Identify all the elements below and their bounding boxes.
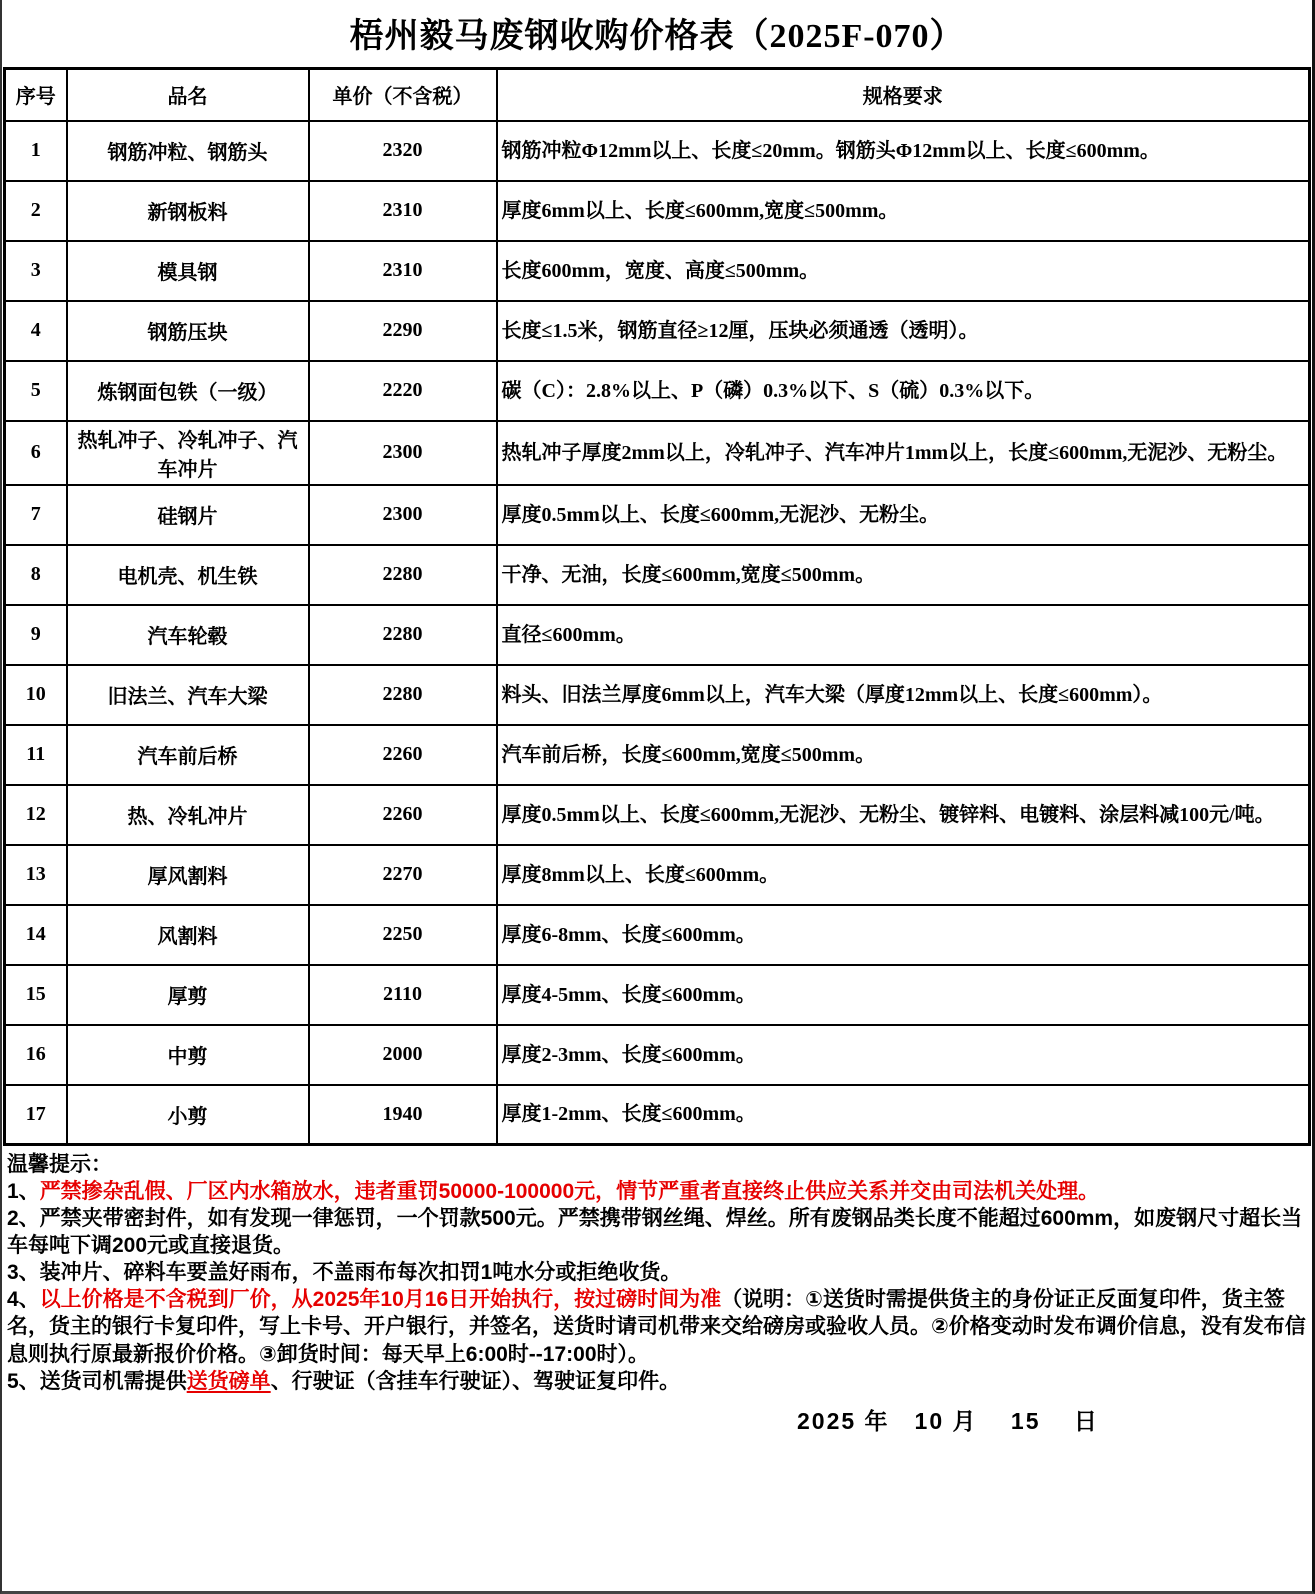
unit-price-cell: 2300: [309, 485, 497, 545]
row-index-cell: 6: [5, 421, 67, 485]
table-row: 13 厚风割料 2270 厚度8mm以上、长度≤600mm。: [5, 845, 1310, 905]
spec-cell: 厚度8mm以上、长度≤600mm。: [497, 845, 1310, 905]
row-index-cell: 5: [5, 361, 67, 421]
note-1-red-text: 严禁掺杂乱假、厂区内水箱放水，违者重罚50000-100000元，情节严重者直接…: [40, 1180, 1099, 1203]
note-4-prefix: 4、: [7, 1288, 40, 1311]
unit-price-cell: 2250: [309, 905, 497, 965]
unit-price-cell: 2260: [309, 785, 497, 845]
row-index-cell: 3: [5, 241, 67, 301]
table-row: 4 钢筋压块 2290 长度≤1.5米，钢筋直径≥12厘，压块必须通透（透明）。: [5, 301, 1310, 361]
item-name-cell: 新钢板料: [67, 181, 309, 241]
table-row: 10 旧法兰、汽车大梁 2280 料头、旧法兰厚度6mm以上，汽车大梁（厚度12…: [5, 665, 1310, 725]
item-name-cell: 汽车轮毂: [67, 605, 309, 665]
item-name-cell: 电机壳、机生铁: [67, 545, 309, 605]
unit-price-cell: 2280: [309, 545, 497, 605]
note-4-red-text: 以上价格是不含税到厂价，从2025年10月16日开始执行，按过磅时间为准: [40, 1288, 721, 1311]
notes-heading: 温馨提示：: [7, 1151, 1306, 1178]
table-row: 15 厚剪 2110 厚度4-5mm、长度≤600mm。: [5, 965, 1310, 1025]
table-row: 17 小剪 1940 厚度1-2mm、长度≤600mm。: [5, 1085, 1310, 1145]
table-row: 11 汽车前后桥 2260 汽车前后桥，长度≤600mm,宽度≤500mm。: [5, 725, 1310, 785]
row-index-cell: 14: [5, 905, 67, 965]
item-name-cell: 风割料: [67, 905, 309, 965]
row-index-cell: 17: [5, 1085, 67, 1145]
spec-cell: 料头、旧法兰厚度6mm以上，汽车大梁（厚度12mm以上、长度≤600mm）。: [497, 665, 1310, 725]
note-5-prefix: 5、送货司机需提供: [7, 1370, 187, 1393]
unit-price-cell: 1940: [309, 1085, 497, 1145]
row-index-cell: 8: [5, 545, 67, 605]
unit-price-cell: 2270: [309, 845, 497, 905]
row-index-cell: 9: [5, 605, 67, 665]
header-row: 序号 品名 单价（不含税） 规格要求: [5, 69, 1310, 121]
unit-price-cell: 2000: [309, 1025, 497, 1085]
row-index-cell: 15: [5, 965, 67, 1025]
spec-cell: 钢筋冲粒Φ12mm以上、长度≤20mm。钢筋头Φ12mm以上、长度≤600mm。: [497, 121, 1310, 181]
item-name-cell: 模具钢: [67, 241, 309, 301]
unit-price-cell: 2290: [309, 301, 497, 361]
col-header-index: 序号: [5, 69, 67, 121]
spec-cell: 厚度2-3mm、长度≤600mm。: [497, 1025, 1310, 1085]
row-index-cell: 12: [5, 785, 67, 845]
table-row: 1 钢筋冲粒、钢筋头 2320 钢筋冲粒Φ12mm以上、长度≤20mm。钢筋头Φ…: [5, 121, 1310, 181]
note-3: 3、装冲片、碎料车要盖好雨布，不盖雨布每次扣罚1吨水分或拒绝收货。: [7, 1259, 1306, 1286]
note-4: 4、以上价格是不含税到厂价，从2025年10月16日开始执行，按过磅时间为准（说…: [7, 1286, 1306, 1367]
table-row: 8 电机壳、机生铁 2280 干净、无油，长度≤600mm,宽度≤500mm。: [5, 545, 1310, 605]
row-index-cell: 10: [5, 665, 67, 725]
col-header-spec: 规格要求: [497, 69, 1310, 121]
spec-cell: 厚度0.5mm以上、长度≤600mm,无泥沙、无粉尘。: [497, 485, 1310, 545]
table-row: 12 热、冷轧冲片 2260 厚度0.5mm以上、长度≤600mm,无泥沙、无粉…: [5, 785, 1310, 845]
unit-price-cell: 2300: [309, 421, 497, 485]
item-name-cell: 小剪: [67, 1085, 309, 1145]
unit-price-cell: 2280: [309, 605, 497, 665]
spec-cell: 碳（C）：2.8%以上、P（磷）0.3%以下、S（硫）0.3%以下。: [497, 361, 1310, 421]
unit-price-cell: 2280: [309, 665, 497, 725]
col-header-unit-price: 单价（不含税）: [309, 69, 497, 121]
unit-price-cell: 2320: [309, 121, 497, 181]
col-header-item-name: 品名: [67, 69, 309, 121]
note-2: 2、严禁夹带密封件，如有发现一律惩罚，一个罚款500元。严禁携带钢丝绳、焊丝。所…: [7, 1205, 1306, 1259]
row-index-cell: 16: [5, 1025, 67, 1085]
spec-cell: 长度600mm，宽度、高度≤500mm。: [497, 241, 1310, 301]
spec-cell: 厚度6-8mm、长度≤600mm。: [497, 905, 1310, 965]
spec-cell: 厚度0.5mm以上、长度≤600mm,无泥沙、无粉尘、镀锌料、电镀料、涂层料减1…: [497, 785, 1310, 845]
note-5-red-underlined-text: 送货磅单: [187, 1370, 271, 1393]
unit-price-cell: 2220: [309, 361, 497, 421]
item-name-cell: 中剪: [67, 1025, 309, 1085]
spec-cell: 厚度6mm以上、长度≤600mm,宽度≤500mm。: [497, 181, 1310, 241]
note-1-prefix: 1、: [7, 1180, 40, 1203]
item-name-cell: 炼钢面包铁（一级）: [67, 361, 309, 421]
notes-section: 温馨提示： 1、严禁掺杂乱假、厂区内水箱放水，违者重罚50000-100000元…: [7, 1151, 1306, 1395]
item-name-cell: 钢筋冲粒、钢筋头: [67, 121, 309, 181]
unit-price-cell: 2260: [309, 725, 497, 785]
row-index-cell: 13: [5, 845, 67, 905]
spec-cell: 厚度1-2mm、长度≤600mm。: [497, 1085, 1310, 1145]
note-1: 1、严禁掺杂乱假、厂区内水箱放水，违者重罚50000-100000元，情节严重者…: [7, 1178, 1306, 1205]
price-table: 序号 品名 单价（不含税） 规格要求 1 钢筋冲粒、钢筋头 2320 钢筋冲粒Φ…: [3, 67, 1311, 1146]
price-sheet-page: 梧州毅马废钢收购价格表（2025F-070） 序号 品名 单价（不含税） 规格要…: [0, 0, 1315, 1594]
item-name-cell: 厚剪: [67, 965, 309, 1025]
item-name-cell: 热轧冲子、冷轧冲子、汽车冲片: [67, 421, 309, 485]
unit-price-cell: 2310: [309, 241, 497, 301]
row-index-cell: 11: [5, 725, 67, 785]
table-row: 6 热轧冲子、冷轧冲子、汽车冲片 2300 热轧冲子厚度2mm以上，冷轧冲子、汽…: [5, 421, 1310, 485]
item-name-cell: 厚风割料: [67, 845, 309, 905]
row-index-cell: 2: [5, 181, 67, 241]
note-5: 5、送货司机需提供送货磅单、行驶证（含挂车行驶证）、驾驶证复印件。: [7, 1368, 1306, 1395]
item-name-cell: 钢筋压块: [67, 301, 309, 361]
table-row: 9 汽车轮毂 2280 直径≤600mm。: [5, 605, 1310, 665]
unit-price-cell: 2310: [309, 181, 497, 241]
issue-date: 2025 年 10 月 15 日: [2, 1403, 1312, 1436]
row-index-cell: 1: [5, 121, 67, 181]
note-5-rest: 、行驶证（含挂车行驶证）、驾驶证复印件。: [271, 1370, 681, 1393]
spec-cell: 热轧冲子厚度2mm以上，冷轧冲子、汽车冲片1mm以上，长度≤600mm,无泥沙、…: [497, 421, 1310, 485]
spec-cell: 直径≤600mm。: [497, 605, 1310, 665]
item-name-cell: 旧法兰、汽车大梁: [67, 665, 309, 725]
item-name-cell: 汽车前后桥: [67, 725, 309, 785]
table-row: 3 模具钢 2310 长度600mm，宽度、高度≤500mm。: [5, 241, 1310, 301]
item-name-cell: 热、冷轧冲片: [67, 785, 309, 845]
unit-price-cell: 2110: [309, 965, 497, 1025]
table-row: 16 中剪 2000 厚度2-3mm、长度≤600mm。: [5, 1025, 1310, 1085]
spec-cell: 干净、无油，长度≤600mm,宽度≤500mm。: [497, 545, 1310, 605]
spec-cell: 厚度4-5mm、长度≤600mm。: [497, 965, 1310, 1025]
row-index-cell: 4: [5, 301, 67, 361]
table-row: 14 风割料 2250 厚度6-8mm、长度≤600mm。: [5, 905, 1310, 965]
table-row: 2 新钢板料 2310 厚度6mm以上、长度≤600mm,宽度≤500mm。: [5, 181, 1310, 241]
page-title: 梧州毅马废钢收购价格表（2025F-070）: [2, 0, 1312, 67]
row-index-cell: 7: [5, 485, 67, 545]
table-row: 7 硅钢片 2300 厚度0.5mm以上、长度≤600mm,无泥沙、无粉尘。: [5, 485, 1310, 545]
spec-cell: 长度≤1.5米，钢筋直径≥12厘，压块必须通透（透明）。: [497, 301, 1310, 361]
table-row: 5 炼钢面包铁（一级） 2220 碳（C）：2.8%以上、P（磷）0.3%以下、…: [5, 361, 1310, 421]
spec-cell: 汽车前后桥，长度≤600mm,宽度≤500mm。: [497, 725, 1310, 785]
item-name-cell: 硅钢片: [67, 485, 309, 545]
